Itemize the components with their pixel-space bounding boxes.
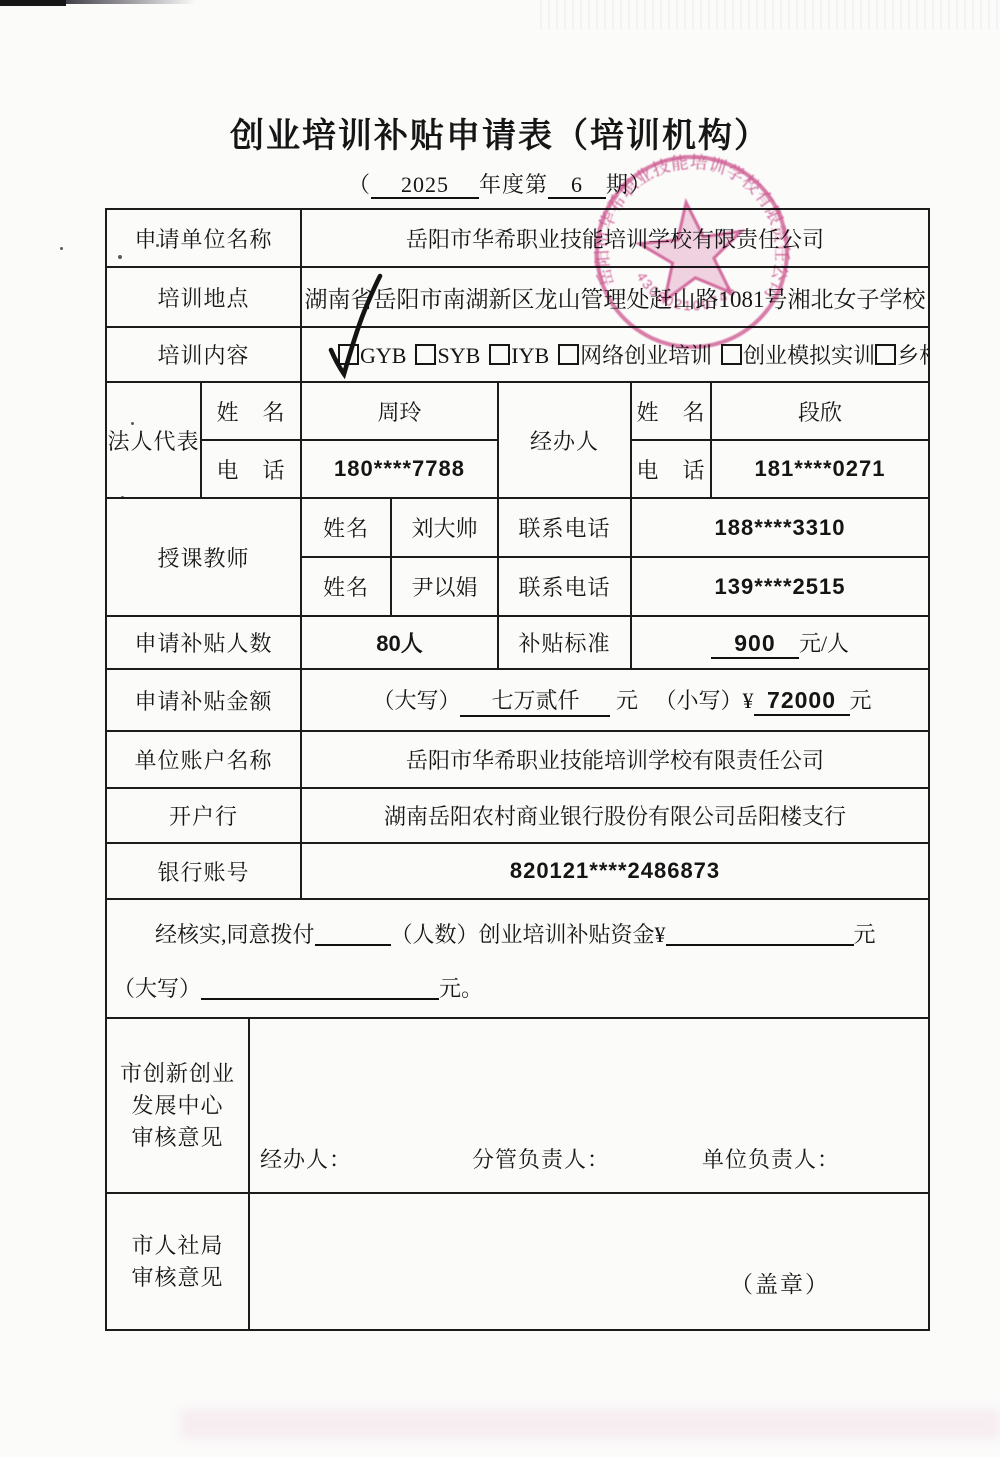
row-account-no: 银行账号 820121****2486873 — [106, 843, 929, 899]
scan-speck — [60, 247, 63, 250]
amount-unit2: 元 — [850, 688, 872, 713]
seal-hint: （盖章） — [730, 1266, 830, 1299]
teacher2-name-label: 姓名 — [301, 557, 391, 616]
agent-name-label: 姓 名 — [631, 382, 711, 440]
amount-daxie-value: 七万贰仟 — [460, 684, 610, 717]
subsidy-standard-number: 900 — [711, 630, 799, 659]
option-syb: SYB — [415, 343, 480, 368]
legal-rep-name-label: 姓 名 — [201, 382, 301, 440]
location-label: 培训地点 — [106, 267, 301, 327]
subsidy-standard-label: 补贴标准 — [498, 616, 631, 669]
row-account-name: 单位账户名称 岳阳市华希职业技能培训学校有限责任公司 — [106, 731, 929, 788]
teacher2-phone: 139****2515 — [631, 557, 929, 616]
account-no-value: 820121****2486873 — [301, 843, 929, 899]
row-center-review: 市创新创业 发展中心 审核意见 经办人： 分管负责人： 单位负责人： — [106, 1018, 929, 1193]
amount-xiaoxie-label: （小写）¥ — [655, 688, 754, 713]
legal-rep-label: 法人代表 — [106, 382, 201, 498]
bureau-review-area: （盖章） — [249, 1193, 929, 1330]
center-review-handler-label: 经办人： — [260, 1143, 352, 1174]
org-name-label: 申请单位名称 — [106, 209, 301, 267]
issue-year: 2025 — [371, 173, 479, 199]
verify-headcount-blank — [315, 922, 391, 946]
form-issue-line: （2025年度第6期） — [0, 168, 1000, 199]
headcount-value: 80人 — [301, 616, 498, 669]
teacher1-name: 刘大帅 — [391, 498, 498, 557]
bureau-review-label: 市人社局 审核意见 — [106, 1193, 249, 1330]
legal-rep-name: 周玲 — [301, 382, 498, 440]
amount-xiaoxie-value: 72000 — [754, 687, 850, 716]
checkbox-iyb — [489, 344, 510, 365]
row-bureau-review: 市人社局 审核意见 （盖章） — [106, 1193, 929, 1330]
center-review-head-label: 单位负责人： — [702, 1143, 840, 1174]
scanned-form-page: 创业培训补贴申请表（培训机构） （2025年度第6期） 申请单位名称 岳阳市华希… — [0, 0, 1000, 1457]
bank-value: 湖南岳阳农村商业银行股份有限公司岳阳楼支行 — [301, 788, 929, 843]
checkbox-rural — [875, 344, 896, 365]
legal-rep-phone: 180****7788 — [301, 440, 498, 498]
verify-line1: 经核实,同意拨付（人数）创业培训补贴资金¥元 — [155, 920, 920, 950]
teacher2-name: 尹以娟 — [391, 557, 498, 616]
verification-cell: 经核实,同意拨付（人数）创业培训补贴资金¥元 （大写）元。 — [106, 899, 929, 1018]
bank-label: 开户行 — [106, 788, 301, 843]
row-headcount: 申请补贴人数 80人 补贴标准 900元/人 — [106, 616, 929, 669]
issue-prefix: （ — [348, 172, 371, 197]
center-review-supervisor-label: 分管负责人： — [472, 1143, 610, 1174]
form-title: 创业培训补贴申请表（培训机构） — [0, 108, 1000, 157]
center-review-area: 经办人： 分管负责人： 单位负责人： — [249, 1018, 929, 1193]
amount-daxie-label: （大写） — [372, 688, 460, 713]
scan-artifact-streaks — [540, 0, 1000, 30]
account-name-label: 单位账户名称 — [106, 731, 301, 788]
company-stamp: 岳阳市华希职业技能培训学校有限责任公司 430602100746 — [585, 145, 799, 359]
row-bank: 开户行 湖南岳阳农村商业银行股份有限公司岳阳楼支行 — [106, 788, 929, 843]
row-teacher-1: 授课教师 姓名 刘大帅 联系电话 188****3310 — [106, 498, 929, 557]
row-legal-rep-name: 法人代表 姓 名 周玲 经办人 姓 名 段欣 — [106, 382, 929, 440]
option-iyb: IYB — [489, 343, 549, 368]
row-org-name: 申请单位名称 岳阳市华希职业技能培训学校有限责任公司 — [106, 209, 929, 267]
teacher1-name-label: 姓名 — [301, 498, 391, 557]
headcount-label: 申请补贴人数 — [106, 616, 301, 669]
issue-middle: 年度第 — [479, 172, 548, 197]
row-training-content: 培训内容 GYBSYBIYB网络创业培训创业模拟实训乡村领雁 — [106, 327, 929, 382]
teacher1-phone-label: 联系电话 — [498, 498, 631, 557]
teachers-label: 授课教师 — [106, 498, 301, 616]
row-amount: 申请补贴金额 （大写）七万贰仟 元 （小写）¥72000元 — [106, 669, 929, 731]
checkbox-syb — [415, 344, 436, 365]
agent-label: 经办人 — [498, 382, 631, 498]
checkbox-online — [558, 344, 579, 365]
verify-line2: （大写）元。 — [113, 976, 483, 1001]
agent-phone: 181****0271 — [711, 440, 929, 498]
application-form-table: 申请单位名称 岳阳市华希职业技能培训学校有限责任公司 培训地点 湖南省岳阳市南湖… — [105, 208, 930, 1331]
scan-artifact-bottom-band — [180, 1409, 1000, 1439]
teacher2-phone-label: 联系电话 — [498, 557, 631, 616]
subsidy-standard-value: 900元/人 — [631, 616, 929, 669]
amount-unit1: 元 — [616, 688, 638, 713]
center-review-label: 市创新创业 发展中心 审核意见 — [106, 1018, 249, 1193]
agent-phone-label: 电 话 — [631, 440, 711, 498]
row-verification: 经核实,同意拨付（人数）创业培训补贴资金¥元 （大写）元。 — [106, 899, 929, 1018]
option-gyb: GYB — [338, 343, 406, 368]
verify-daxie-blank — [201, 976, 439, 1000]
legal-rep-phone-label: 电 话 — [201, 440, 301, 498]
option-rural: 乡村领雁 — [875, 343, 929, 368]
verify-amount-blank — [666, 922, 854, 946]
account-no-label: 银行账号 — [106, 843, 301, 899]
amount-label: 申请补贴金额 — [106, 669, 301, 731]
account-name-value: 岳阳市华希职业技能培训学校有限责任公司 — [301, 731, 929, 788]
subsidy-standard-unit: 元/人 — [799, 631, 849, 656]
amount-value: （大写）七万贰仟 元 （小写）¥72000元 — [301, 669, 929, 731]
training-content-label: 培训内容 — [106, 327, 301, 382]
scan-artifact-top-bar-fade — [66, 0, 196, 4]
agent-name: 段欣 — [711, 382, 929, 440]
scan-artifact-top-bar — [0, 0, 66, 6]
row-location: 培训地点 湖南省岳阳市南湖新区龙山管理处赶山路1081号湘北女子学校 — [106, 267, 929, 327]
checkbox-gyb — [338, 344, 359, 365]
teacher1-phone: 188****3310 — [631, 498, 929, 557]
